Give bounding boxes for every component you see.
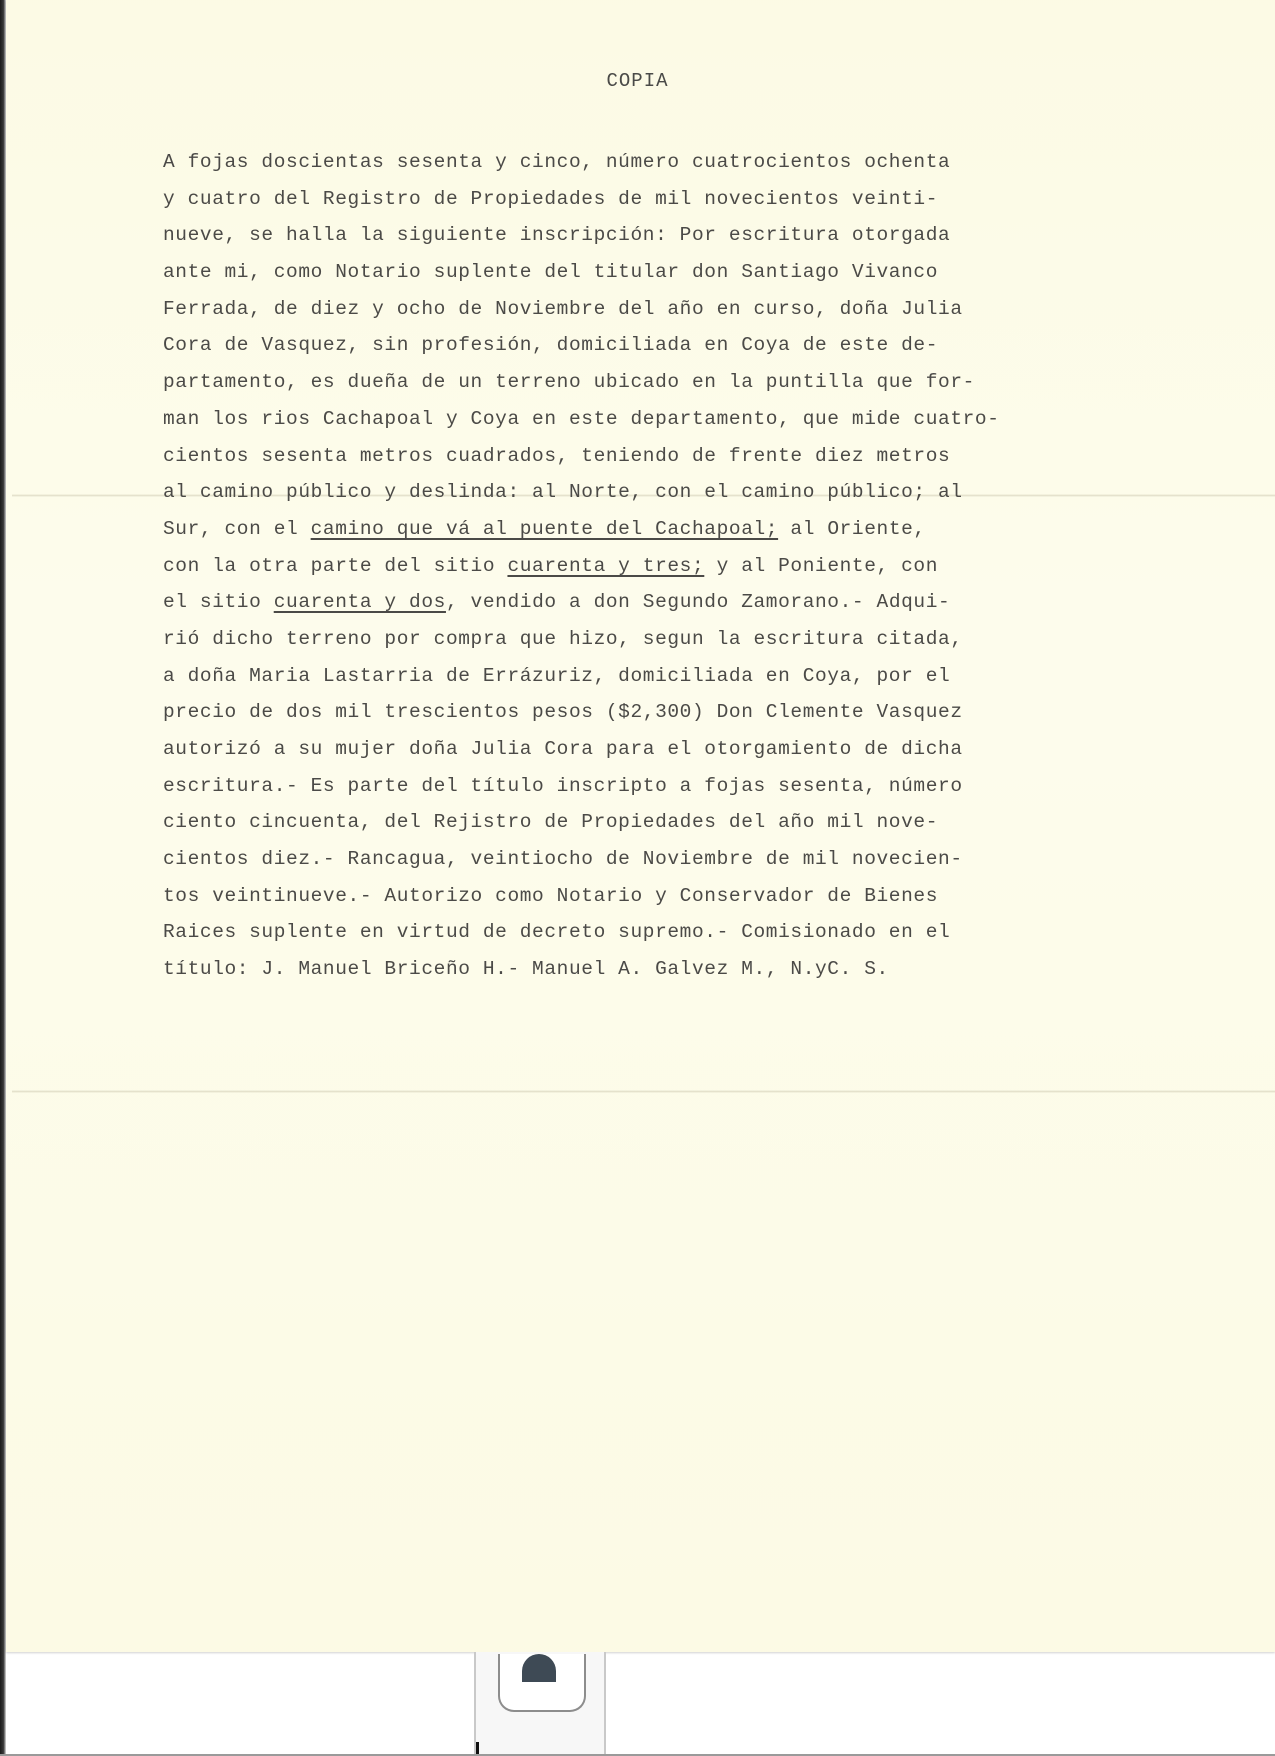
text-segment: escritura.- Es parte del título inscript… xyxy=(163,775,963,797)
text-line: escritura.- Es parte del título inscript… xyxy=(163,768,1163,805)
clip-mark xyxy=(476,1742,479,1754)
text-segment: nueve, se halla la siguiente inscripción… xyxy=(163,224,950,246)
document-title: COPIA xyxy=(0,70,1275,92)
text-segment: Sur, con el xyxy=(163,518,311,540)
text-line: con la otra parte del sitio cuarenta y t… xyxy=(163,548,1163,585)
text-segment: ciento cincuenta, del Rejistro de Propie… xyxy=(163,811,938,833)
text-segment: Cora de Vasquez, sin profesión, domicili… xyxy=(163,334,938,356)
text-line: al camino público y deslinda: al Norte, … xyxy=(163,474,1163,511)
document-holder-clip xyxy=(474,1652,606,1756)
text-line: a doña Maria Lastarria de Errázuriz, dom… xyxy=(163,658,1163,695)
text-segment: ante mi, como Notario suplente del titul… xyxy=(163,261,938,283)
text-line: tos veintinueve.- Autorizo como Notario … xyxy=(163,878,1163,915)
text-segment: Ferrada, de diez y ocho de Noviembre del… xyxy=(163,298,963,320)
text-segment: y al Poniente, con xyxy=(704,555,938,577)
clip-arch-cutout xyxy=(522,1654,556,1682)
text-segment: con la otra parte del sitio xyxy=(163,555,507,577)
underlined-text: camino que vá al puente del Cachapoal; xyxy=(311,518,778,540)
text-line: Sur, con el camino que vá al puente del … xyxy=(163,511,1163,548)
text-segment: autorizó a su mujer doña Julia Cora para… xyxy=(163,738,963,760)
text-segment: , vendido a don Segundo Zamorano.- Adqui… xyxy=(446,591,950,613)
text-segment: rió dicho terreno por compra que hizo, s… xyxy=(163,628,963,650)
text-line: Ferrada, de diez y ocho de Noviembre del… xyxy=(163,291,1163,328)
text-line: man los rios Cachapoal y Coya en este de… xyxy=(163,401,1163,438)
text-segment: precio de dos mil trescientos pesos ($2,… xyxy=(163,701,963,723)
text-segment: partamento, es dueña de un terreno ubica… xyxy=(163,371,975,393)
text-line: rió dicho terreno por compra que hizo, s… xyxy=(163,621,1163,658)
text-segment: y cuatro del Registro de Propiedades de … xyxy=(163,188,938,210)
text-line: precio de dos mil trescientos pesos ($2,… xyxy=(163,694,1163,731)
text-segment: Raices suplente en virtud de decreto sup… xyxy=(163,921,950,943)
text-segment: al camino público y deslinda: al Norte, … xyxy=(163,481,963,503)
text-segment: cientos sesenta metros cuadrados, tenien… xyxy=(163,445,950,467)
text-line: nueve, se halla la siguiente inscripción… xyxy=(163,217,1163,254)
text-line: cientos diez.- Rancagua, veintiocho de N… xyxy=(163,841,1163,878)
text-segment: tos veintinueve.- Autorizo como Notario … xyxy=(163,885,938,907)
text-line: título: J. Manuel Briceño H.- Manuel A. … xyxy=(163,951,1163,988)
text-line: ciento cincuenta, del Rejistro de Propie… xyxy=(163,804,1163,841)
text-segment: a doña Maria Lastarria de Errázuriz, dom… xyxy=(163,665,950,687)
text-line: Cora de Vasquez, sin profesión, domicili… xyxy=(163,327,1163,364)
text-line: y cuatro del Registro de Propiedades de … xyxy=(163,181,1163,218)
paper-fold-line xyxy=(12,1090,1275,1093)
text-line: autorizó a su mujer doña Julia Cora para… xyxy=(163,731,1163,768)
text-line: A fojas doscientas sesenta y cinco, núme… xyxy=(163,144,1163,181)
document-body: A fojas doscientas sesenta y cinco, núme… xyxy=(163,144,1163,988)
underlined-text: cuarenta y dos xyxy=(274,591,446,613)
text-line: el sitio cuarenta y dos, vendido a don S… xyxy=(163,584,1163,621)
underlined-text: cuarenta y tres; xyxy=(507,555,704,577)
text-segment: man los rios Cachapoal y Coya en este de… xyxy=(163,408,1000,430)
text-segment: A fojas doscientas sesenta y cinco, núme… xyxy=(163,151,950,173)
text-segment: cientos diez.- Rancagua, veintiocho de N… xyxy=(163,848,963,870)
text-segment: título: J. Manuel Briceño H.- Manuel A. … xyxy=(163,958,889,980)
text-line: Raices suplente en virtud de decreto sup… xyxy=(163,914,1163,951)
text-line: ante mi, como Notario suplente del titul… xyxy=(163,254,1163,291)
text-line: cientos sesenta metros cuadrados, tenien… xyxy=(163,438,1163,475)
text-line: partamento, es dueña de un terreno ubica… xyxy=(163,364,1163,401)
text-segment: al Oriente, xyxy=(778,518,926,540)
text-segment: el sitio xyxy=(163,591,274,613)
